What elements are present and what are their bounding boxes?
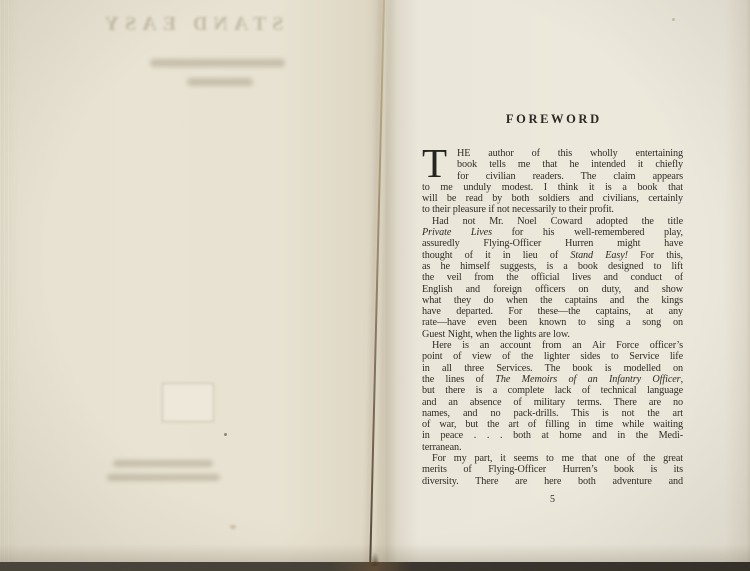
body-line: thought of it in lieu of Stand Easy! For…	[422, 250, 683, 261]
body-line: Guest Night, when the lights are low.	[422, 329, 683, 340]
foreword-heading: FOREWORD	[422, 112, 683, 126]
body-line: HE author of this wholly entertaining	[457, 148, 683, 159]
page-number: 5	[422, 494, 683, 505]
body-line: merits of Flying-Officer Hurren’s book i…	[422, 464, 683, 475]
show-through-blur-line	[107, 474, 220, 481]
body-line: and an absence of military terms. There …	[422, 397, 683, 408]
body-line: Had not Mr. Noel Coward adopted the titl…	[422, 216, 683, 227]
show-through-box	[162, 383, 214, 422]
body-line: names, and no pack-drills. This is not t…	[422, 408, 683, 419]
show-through-blur-line	[150, 59, 285, 67]
body-line: what they do when the captains and the k…	[422, 295, 683, 306]
show-through-blur-line	[113, 460, 213, 467]
foreword-text: T HE author of this wholly entertainingb…	[422, 148, 683, 487]
text-column: FOREWORD T HE author of this wholly ente…	[422, 112, 683, 505]
body-line: rate—have even been known to sing a song…	[422, 317, 683, 328]
page-edge-lines	[0, 0, 12, 563]
body-line: diversity. There are here both adventure…	[422, 476, 683, 487]
body-line: in all three Services. The book is model…	[422, 363, 683, 374]
body-line: point of view of the lighter sides to Se…	[422, 351, 683, 362]
drop-cap: T	[422, 148, 457, 181]
body-line: to their pleasure if not necessarily to …	[422, 204, 683, 215]
body-line: book tells me that he intended it chiefl…	[457, 159, 683, 170]
body-line: Private Lives for his well-remembered pl…	[422, 227, 683, 238]
body-line: of war, but the art of filling in time w…	[422, 419, 683, 430]
left-page: STAND EASY	[0, 0, 386, 563]
body-line: terranean.	[422, 442, 683, 453]
body-line: for civilian readers. The claim appears	[457, 171, 683, 182]
body-line: will be read by both soldiers and civili…	[422, 193, 683, 204]
body-line: but there is a complete lack of technica…	[422, 385, 683, 396]
body-line: to me unduly modest. I think it is a boo…	[422, 182, 683, 193]
body-line: in peace . . . both at home and in the M…	[422, 430, 683, 441]
show-through-title: STAND EASY	[58, 13, 324, 36]
body-line: For my part, it seems to me that one of …	[422, 453, 683, 464]
right-page: FOREWORD T HE author of this wholly ente…	[386, 0, 750, 563]
paper-speck	[224, 433, 227, 436]
body-line: Here is an account from an Air Force off…	[422, 340, 683, 351]
body-line: have departed. For these—the captains, a…	[422, 306, 683, 317]
body-line: English and foreign officers on duty, an…	[422, 284, 683, 295]
show-through-blur-line	[187, 78, 253, 86]
book-photo: STAND EASY FOREWORD T HE author of this …	[0, 0, 750, 571]
body-line: the lines of The Memoirs of an Infantry …	[422, 374, 683, 385]
body-line: assuredly Flying-Officer Hurren might ha…	[422, 238, 683, 249]
paper-stain	[230, 525, 236, 529]
body-line: the veil from the official lives and con…	[422, 272, 683, 283]
body-line: as he himself suggests, is a book design…	[422, 261, 683, 272]
gutter-bottom-shadow	[370, 552, 380, 566]
paper-speck	[672, 18, 675, 21]
